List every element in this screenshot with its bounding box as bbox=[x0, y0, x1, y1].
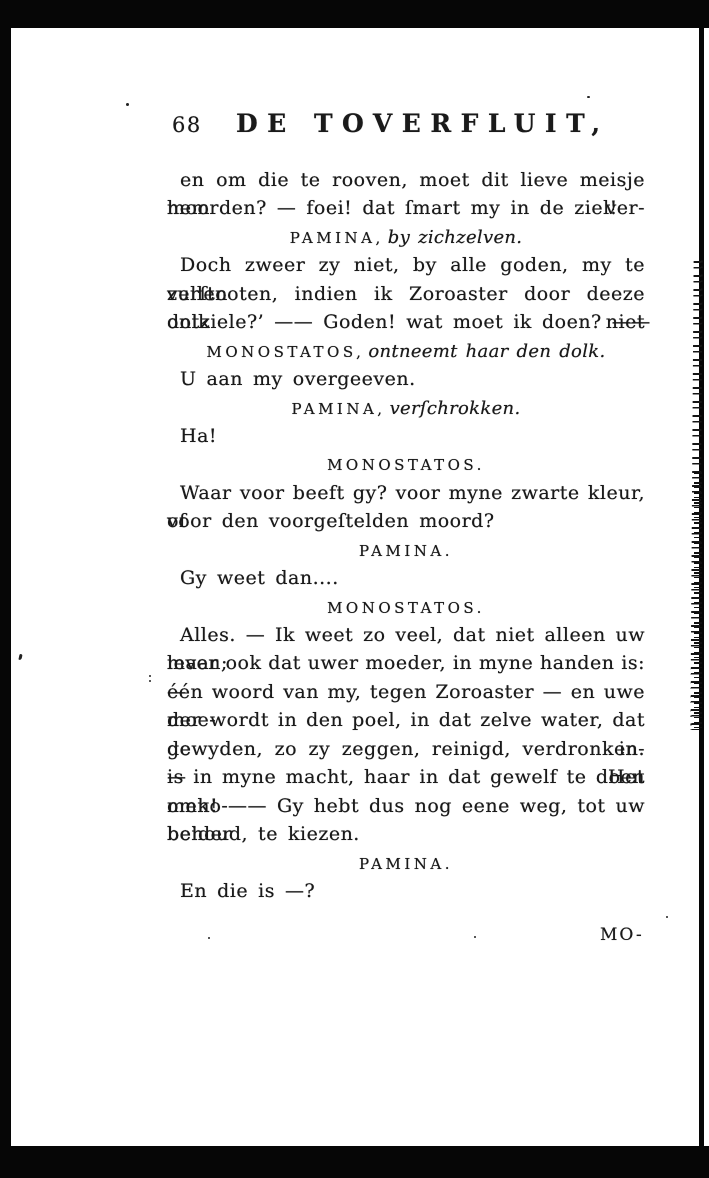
running-title: DE TOVERFLUIT, bbox=[236, 109, 610, 138]
page-number: 68 bbox=[172, 113, 202, 137]
speaker-name: PAMINA, bbox=[292, 400, 386, 418]
dialogue-line: En die is —? bbox=[167, 877, 645, 905]
ink-speck bbox=[474, 936, 476, 938]
scan-binding-marks-lower bbox=[694, 470, 702, 732]
ink-speck bbox=[587, 96, 590, 98]
dialogue-line: Gy weet dan.... bbox=[167, 564, 645, 592]
dialogue-line: moorden? — foei! dat ſmart my in de ziel… bbox=[167, 194, 645, 222]
dialogue-line: ontziele?’ —— Goden! wat moet ik doen? —… bbox=[167, 308, 645, 336]
speaker-name: MONOSTATOS, bbox=[207, 343, 365, 361]
dialogue-line: Alles. — Ik weet zo veel, dat niet allee… bbox=[167, 621, 645, 649]
ink-speck bbox=[666, 916, 668, 918]
margin-mark bbox=[18, 654, 22, 660]
dialogue-line: behoud, te kiezen. bbox=[167, 820, 645, 848]
dialogue-line: Ha! bbox=[167, 422, 645, 450]
dialogue-line: der wordt in den poel, in dat zelve wate… bbox=[167, 706, 645, 734]
stage-note: verſchrokken. bbox=[390, 398, 521, 419]
dialogue-line: en om die te rooven, moet dit lieve meis… bbox=[167, 166, 645, 194]
speaker-name: MONOSTATOS. bbox=[327, 456, 485, 474]
speaker-heading: PAMINA. bbox=[167, 536, 645, 564]
stage-note: ontneemt haar den dolk. bbox=[368, 341, 605, 362]
speaker-name: MONOSTATOS. bbox=[327, 599, 485, 617]
ink-speck bbox=[208, 937, 210, 939]
dialogue-line: gewyden, zo zy zeggen, reinigd, verdronk… bbox=[167, 735, 645, 763]
dialogue-line: verſtooten, indien ik Zoroaster door dee… bbox=[167, 280, 645, 308]
stage-direction: MONOSTATOS,ontneemt haar den dolk. bbox=[167, 337, 645, 365]
catchword: MO- bbox=[600, 925, 644, 945]
dialogue-line: één woord van my, tegen Zoroaster — en u… bbox=[167, 678, 645, 706]
stage-direction: PAMINA,by zichzelven. bbox=[167, 223, 645, 251]
text-column: en om die te rooven, moet dit lieve meis… bbox=[167, 166, 645, 905]
speaker-name: PAMINA, bbox=[290, 229, 384, 247]
speaker-heading: PAMINA. bbox=[167, 849, 645, 877]
dialogue-line: is in myne macht, haar in dat gewelf te … bbox=[167, 763, 645, 791]
scan-edge-left bbox=[0, 0, 11, 1178]
dialogue-line: men! —— Gy hebt dus nog eene weg, tot uw… bbox=[167, 792, 645, 820]
dialogue-line: voor den voorgeſtelden moord? bbox=[167, 507, 645, 535]
speaker-heading: MONOSTATOS. bbox=[167, 450, 645, 478]
scan-edge-top bbox=[0, 0, 709, 28]
scanned-book-page: { "colors": { "ink": "#1a1a1a", "paper":… bbox=[0, 0, 709, 1178]
dialogue-line: U aan my overgeeven. bbox=[167, 365, 645, 393]
dialogue-line: Doch zweer zy niet, by alle goden, my te… bbox=[167, 251, 645, 279]
ink-speck bbox=[126, 103, 129, 106]
speaker-name: PAMINA. bbox=[359, 542, 453, 560]
scan-corner-top-left bbox=[6, 6, 22, 26]
stage-note: by zichzelven. bbox=[388, 227, 523, 248]
dialogue-line: Waar voor beeft gy? voor myne zwarte kle… bbox=[167, 479, 645, 507]
scan-edge-bottom bbox=[0, 1146, 709, 1178]
stage-direction: PAMINA,verſchrokken. bbox=[167, 394, 645, 422]
speaker-heading: MONOSTATOS. bbox=[167, 593, 645, 621]
dialogue-line: maar ook dat uwer moeder, in myne handen… bbox=[167, 649, 645, 677]
margin-mark bbox=[149, 675, 151, 677]
speaker-name: PAMINA. bbox=[359, 855, 453, 873]
